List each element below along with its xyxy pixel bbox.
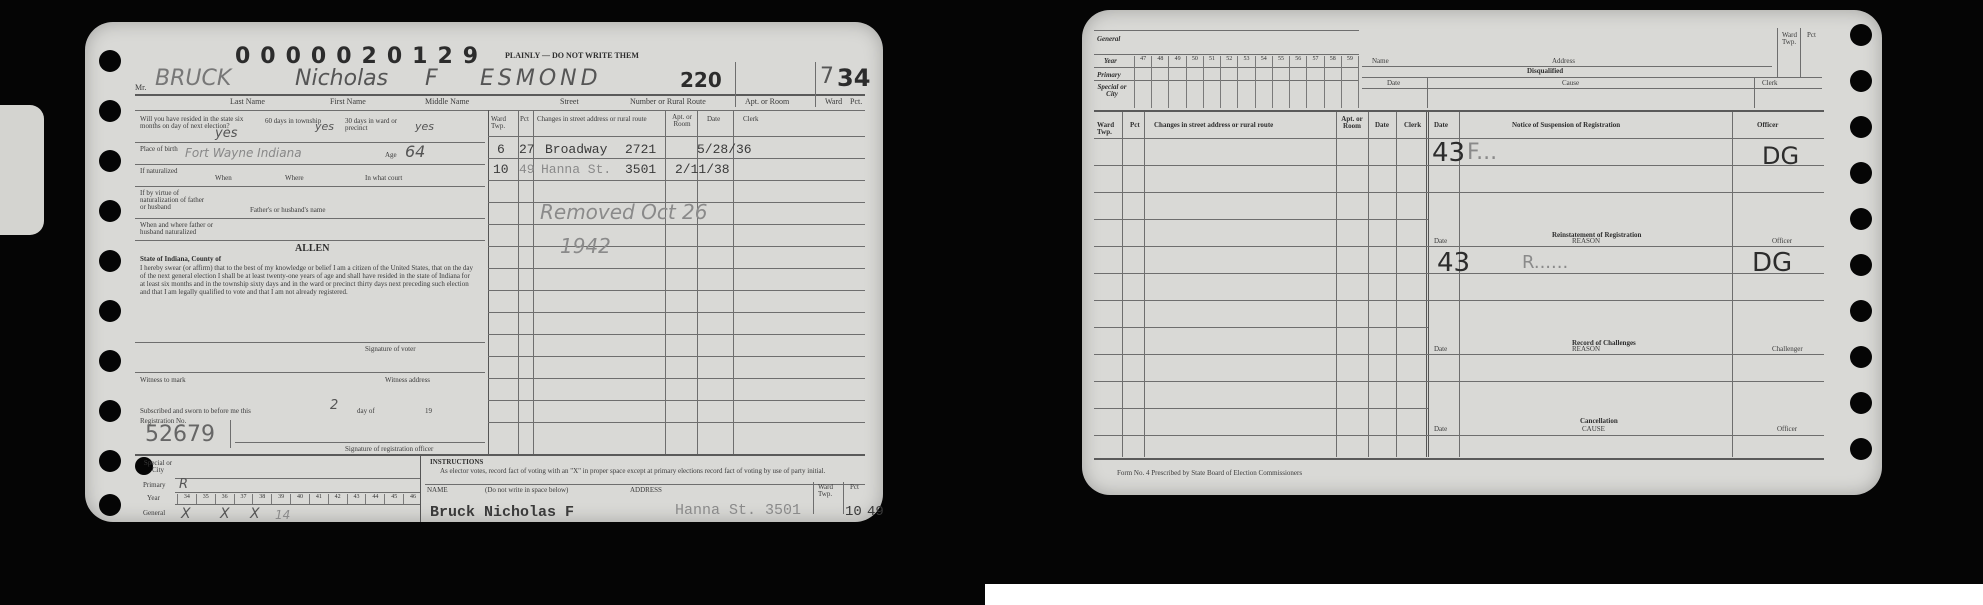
instructions-text: As elector votes, record fact of voting … [440, 467, 840, 475]
col-rule [733, 110, 734, 455]
rule [135, 164, 485, 165]
label-ward: Ward [825, 98, 842, 106]
scan-white-strip [985, 584, 1983, 605]
rule [813, 482, 814, 514]
lower-section-rule [135, 454, 865, 456]
punch-hole [1850, 24, 1872, 46]
label-ward: Ward Twp. [1782, 32, 1800, 46]
salutation: Mr. [135, 84, 146, 92]
row-rule [488, 400, 865, 401]
punch-hole [99, 250, 121, 272]
year-cell: 43 [347, 494, 366, 504]
punch-hole [1850, 438, 1872, 460]
street-value: ESMOND [480, 66, 602, 91]
col-rule [1144, 112, 1145, 457]
col-rule [1368, 112, 1369, 457]
cancellation-th-cause: CAUSE [1582, 426, 1605, 433]
label-middle-name: Middle Name [425, 98, 469, 106]
officer-rule [235, 442, 485, 443]
punch-hole [99, 450, 121, 472]
row-rule [488, 268, 865, 269]
label-disqualified: Disqualified [1527, 68, 1563, 75]
label-pct: Pct [1807, 32, 1816, 39]
col-rule [1428, 112, 1429, 457]
row1-ward: 6 [497, 142, 505, 157]
reinstatement-reason: R...... [1522, 252, 1568, 273]
row-rule [1094, 327, 1428, 328]
suspension-th-notice: Notice of Suspension of Registration [1512, 122, 1620, 129]
footer-ward-value: 10 [845, 504, 862, 520]
year-cell: 34 [177, 494, 196, 504]
birth-value: Fort Wayne Indiana [185, 146, 302, 160]
grid-label-primary: Primary [143, 482, 166, 489]
footer-name-value: Bruck Nicholas F [430, 504, 574, 521]
cancellation-title: Cancellation [1580, 418, 1618, 425]
grid-rule [1094, 54, 1359, 55]
punch-hole [99, 494, 121, 516]
punch-hole [99, 150, 121, 172]
grid-rule [175, 478, 420, 479]
witness-label: Witness to mark [140, 377, 186, 384]
reinstatement-th-officer: Officer [1772, 238, 1792, 245]
label-street: Street [560, 98, 579, 106]
reinstatement-th-date: Date [1434, 238, 1447, 245]
rule [135, 372, 485, 373]
challenges-th-reason: REASON [1572, 346, 1600, 353]
reg-divider [230, 420, 231, 448]
grid-label-primary: Primary [1097, 72, 1121, 79]
punch-hole [1850, 162, 1872, 184]
label-name: Name [1372, 58, 1389, 65]
grid-label-general: General [143, 510, 165, 517]
year-cell: 53 [1237, 56, 1254, 108]
rule [843, 482, 844, 514]
last-name-value: BRUCK [155, 66, 231, 91]
label-last-name: Last Name [230, 98, 265, 106]
th-clerk: Clerk [743, 116, 759, 123]
punch-hole [99, 400, 121, 422]
father-name-label: Father's or husband's name [250, 207, 325, 214]
th-rule [488, 136, 865, 137]
punch-hole [1850, 70, 1872, 92]
th-date: Date [1375, 122, 1389, 129]
rule [135, 240, 485, 241]
year-cell: 42 [328, 494, 347, 504]
label-first-name: First Name [330, 98, 366, 106]
challenges-th-challenger: Challenger [1772, 346, 1803, 353]
pct-value: 34 [837, 64, 870, 92]
row-rule [488, 224, 865, 225]
age-value: 64 [405, 142, 425, 161]
oath-heading: State of Indiana, County of [140, 256, 221, 263]
label-apt: Apt. or Room [745, 98, 789, 106]
year-cell: 44 [365, 494, 384, 504]
day-of-label: day of [357, 408, 375, 415]
row-rule [488, 356, 865, 357]
registration-card-back: General Year Primary Special or City 47 … [1082, 10, 1882, 495]
rule [1427, 78, 1428, 108]
father-label: If by virtue of naturalization of father… [140, 190, 210, 211]
suspension-th-date: Date [1434, 122, 1448, 129]
year-cell: 35 [196, 494, 215, 504]
year-cell: 55 [1272, 56, 1289, 108]
row-rule [488, 290, 865, 291]
reinstatement-officer: DG [1752, 248, 1792, 278]
year-cell: 49 [1168, 56, 1185, 108]
rule [135, 218, 485, 219]
grid-rule [175, 492, 420, 493]
row-rule [488, 180, 865, 181]
punch-hole [99, 50, 121, 72]
row-rule [1094, 408, 1428, 409]
row2-pct: 49 [519, 162, 535, 177]
challenges-th-date: Date [1434, 346, 1447, 353]
row-rule [488, 312, 865, 313]
row1-date: 5/28/36 [697, 142, 752, 157]
year-row: 34 35 36 37 38 39 40 41 42 43 44 45 46 [177, 494, 422, 504]
year-cell: 41 [309, 494, 328, 504]
label-date: Date [1387, 80, 1400, 87]
naturalized-when: When [215, 175, 232, 182]
county-value: ALLEN [295, 244, 329, 254]
col-rule [1396, 112, 1397, 457]
cancellation-th-date: Date [1434, 426, 1447, 433]
grid-label-general: General [1097, 36, 1120, 43]
oath-text: I hereby swear (or affirm) that to the b… [140, 264, 475, 296]
th-ward: Ward Twp. [1097, 122, 1117, 136]
col-rule [1426, 112, 1427, 457]
label-address: Address [1552, 58, 1575, 65]
label-clerk: Clerk [1762, 80, 1778, 87]
year-cell: 40 [290, 494, 309, 504]
punch-hole [1850, 116, 1872, 138]
punch-hole [1850, 392, 1872, 414]
punch-hole [1850, 346, 1872, 368]
a-ward: yes [415, 120, 434, 133]
year-cell: 36 [215, 494, 234, 504]
col-rule [1122, 112, 1123, 457]
birth-label: Place of birth [140, 146, 180, 153]
th-ward: Ward Twp. [491, 116, 517, 130]
a-state-residence: yes [215, 126, 237, 141]
table-divider [488, 110, 489, 455]
punch-hole [1850, 208, 1872, 230]
registration-card-front: 0000020129 PLAINLY — DO NOT WRITE THEM M… [85, 22, 883, 522]
row-rule [488, 334, 865, 335]
th-pct: Pct [520, 116, 529, 123]
cancellation-th-officer: Officer [1777, 426, 1797, 433]
row1-pct: 27 [519, 142, 535, 157]
th-clerk: Clerk [1404, 122, 1421, 129]
rule [1362, 66, 1772, 67]
footer-ward-label: Ward Twp. [818, 484, 838, 498]
instructions-title: INSTRUCTIONS [430, 459, 483, 466]
footer-pct-label: Pct [850, 484, 859, 491]
year-prefix: 19 [425, 408, 432, 415]
registration-no: 52679 [145, 422, 215, 447]
witness-address-label: Witness address [385, 377, 430, 384]
ward-divider [815, 62, 816, 107]
officer-sig-label: Signature of registration officer [345, 446, 433, 453]
naturalized-court: In what court [365, 175, 402, 182]
grid-divider [420, 456, 421, 522]
apt-divider [735, 62, 736, 107]
row2-number: 3501 [625, 162, 656, 177]
row2-address: Hanna St. [541, 162, 611, 177]
year-cell: 54 [1255, 56, 1272, 108]
a-township: yes [315, 120, 334, 133]
punch-hole [1850, 300, 1872, 322]
subscribed-day: 2 [330, 398, 338, 413]
header-notice: PLAINLY — DO NOT WRITE THEM [505, 52, 639, 60]
year-cell: 45 [384, 494, 403, 504]
year-cell: 47 [1134, 56, 1151, 108]
punch-hole [99, 300, 121, 322]
general-mark: X [181, 506, 191, 522]
year-cell: 59 [1341, 56, 1359, 108]
col-rule [1336, 112, 1337, 457]
rule [1800, 28, 1801, 78]
label-cause: Cause [1562, 80, 1579, 87]
footer-address-label: ADDRESS [630, 487, 662, 494]
label-pct: Pct. [850, 98, 862, 106]
punch-hole [99, 200, 121, 222]
row1-address: Broadway [545, 142, 607, 157]
grid-rule [1094, 30, 1359, 31]
general-mark: X [250, 506, 260, 522]
section-rule [135, 110, 865, 111]
row-rule [488, 422, 865, 423]
handwritten-note-removed: Removed Oct 26 [540, 200, 708, 224]
reinstatement-th-reason: REASON [1572, 238, 1600, 245]
naturalized-label: If naturalized [140, 168, 180, 175]
bottom-rule [1094, 458, 1824, 460]
row-rule [488, 246, 865, 247]
first-name-value: Nicholas [295, 66, 388, 91]
punch-hole [1850, 254, 1872, 276]
ward-value: 7 [820, 64, 834, 89]
scan-edge-tab [0, 105, 44, 235]
footer-note: (Do not write in space below) [485, 487, 568, 494]
row2-ward: 10 [493, 162, 509, 177]
primary-mark: R [179, 477, 188, 492]
year-cell: 57 [1306, 56, 1323, 108]
row-rule [488, 378, 865, 379]
name-rule [135, 94, 865, 96]
grid-label-special: Special or City [143, 460, 173, 474]
house-number-value: 220 [680, 68, 722, 92]
footer-pct-value: 49 [867, 504, 884, 520]
th-date: Date [707, 116, 720, 123]
suspension-date: 43 [1432, 138, 1465, 168]
grid-label-year: Year [1104, 58, 1117, 65]
grid-rule [175, 504, 420, 505]
year-cell: 52 [1220, 56, 1237, 108]
rule [1754, 78, 1755, 108]
th-address: Changes in street address or rural route [1154, 122, 1273, 129]
th-apt: Apt. or Room [1340, 116, 1364, 130]
rule [1362, 77, 1822, 78]
year-cell: 56 [1289, 56, 1306, 108]
rule [425, 484, 865, 485]
grid-label-special: Special or City [1097, 84, 1127, 98]
signature-rule [135, 342, 485, 343]
rule [135, 142, 485, 143]
suspension-officer: DG [1762, 142, 1799, 170]
th-apt: Apt. or Room [669, 114, 695, 128]
year-cell: 58 [1324, 56, 1341, 108]
father-when-label: When and where father or husband natural… [140, 222, 220, 236]
th-address: Changes in street address or rural route [537, 116, 647, 123]
col-rule [1732, 112, 1733, 457]
row1-number: 2721 [625, 142, 656, 157]
handwritten-note-year: 1942 [560, 234, 611, 258]
rule [135, 186, 485, 187]
year-cell: 38 [252, 494, 271, 504]
footer-address-value: Hanna St. 3501 [675, 502, 801, 519]
suspension-th-officer: Officer [1757, 122, 1778, 129]
year-cell: 51 [1203, 56, 1220, 108]
reinstatement-date: 43 [1437, 248, 1470, 278]
rule [1777, 28, 1778, 78]
row-rule [488, 158, 865, 159]
signature-label: Signature of voter [365, 346, 416, 353]
year-cell: 37 [234, 494, 253, 504]
row2-date: 2/11/38 [675, 162, 730, 177]
year-cell: 39 [271, 494, 290, 504]
year-row: 47 48 49 50 51 52 53 54 55 56 57 58 59 [1134, 56, 1359, 66]
year-cell: 50 [1186, 56, 1203, 108]
naturalized-where: Where [285, 175, 304, 182]
form-footer: Form No. 4 Prescribed by State Board of … [1117, 470, 1302, 477]
punch-hole [99, 350, 121, 372]
label-number: Number or Rural Route [630, 98, 706, 106]
age-label: Age [385, 152, 397, 159]
general-mark: 14 [275, 508, 290, 522]
col-rule [665, 110, 666, 455]
grid-label-year: Year [147, 495, 160, 502]
subscribed-label: Subscribed and sworn to before me this [140, 408, 251, 415]
row-rule [1094, 219, 1428, 220]
th-pct: Pct [1130, 122, 1140, 129]
rule [1362, 88, 1822, 89]
q-ward: 30 days in ward or precinct [345, 118, 415, 132]
punch-hole [99, 100, 121, 122]
suspension-notice: F... [1467, 140, 1497, 165]
year-cell: 48 [1151, 56, 1168, 108]
middle-name-value: F [425, 66, 438, 91]
general-mark: X [220, 506, 230, 522]
footer-name-label: NAME [427, 487, 448, 494]
